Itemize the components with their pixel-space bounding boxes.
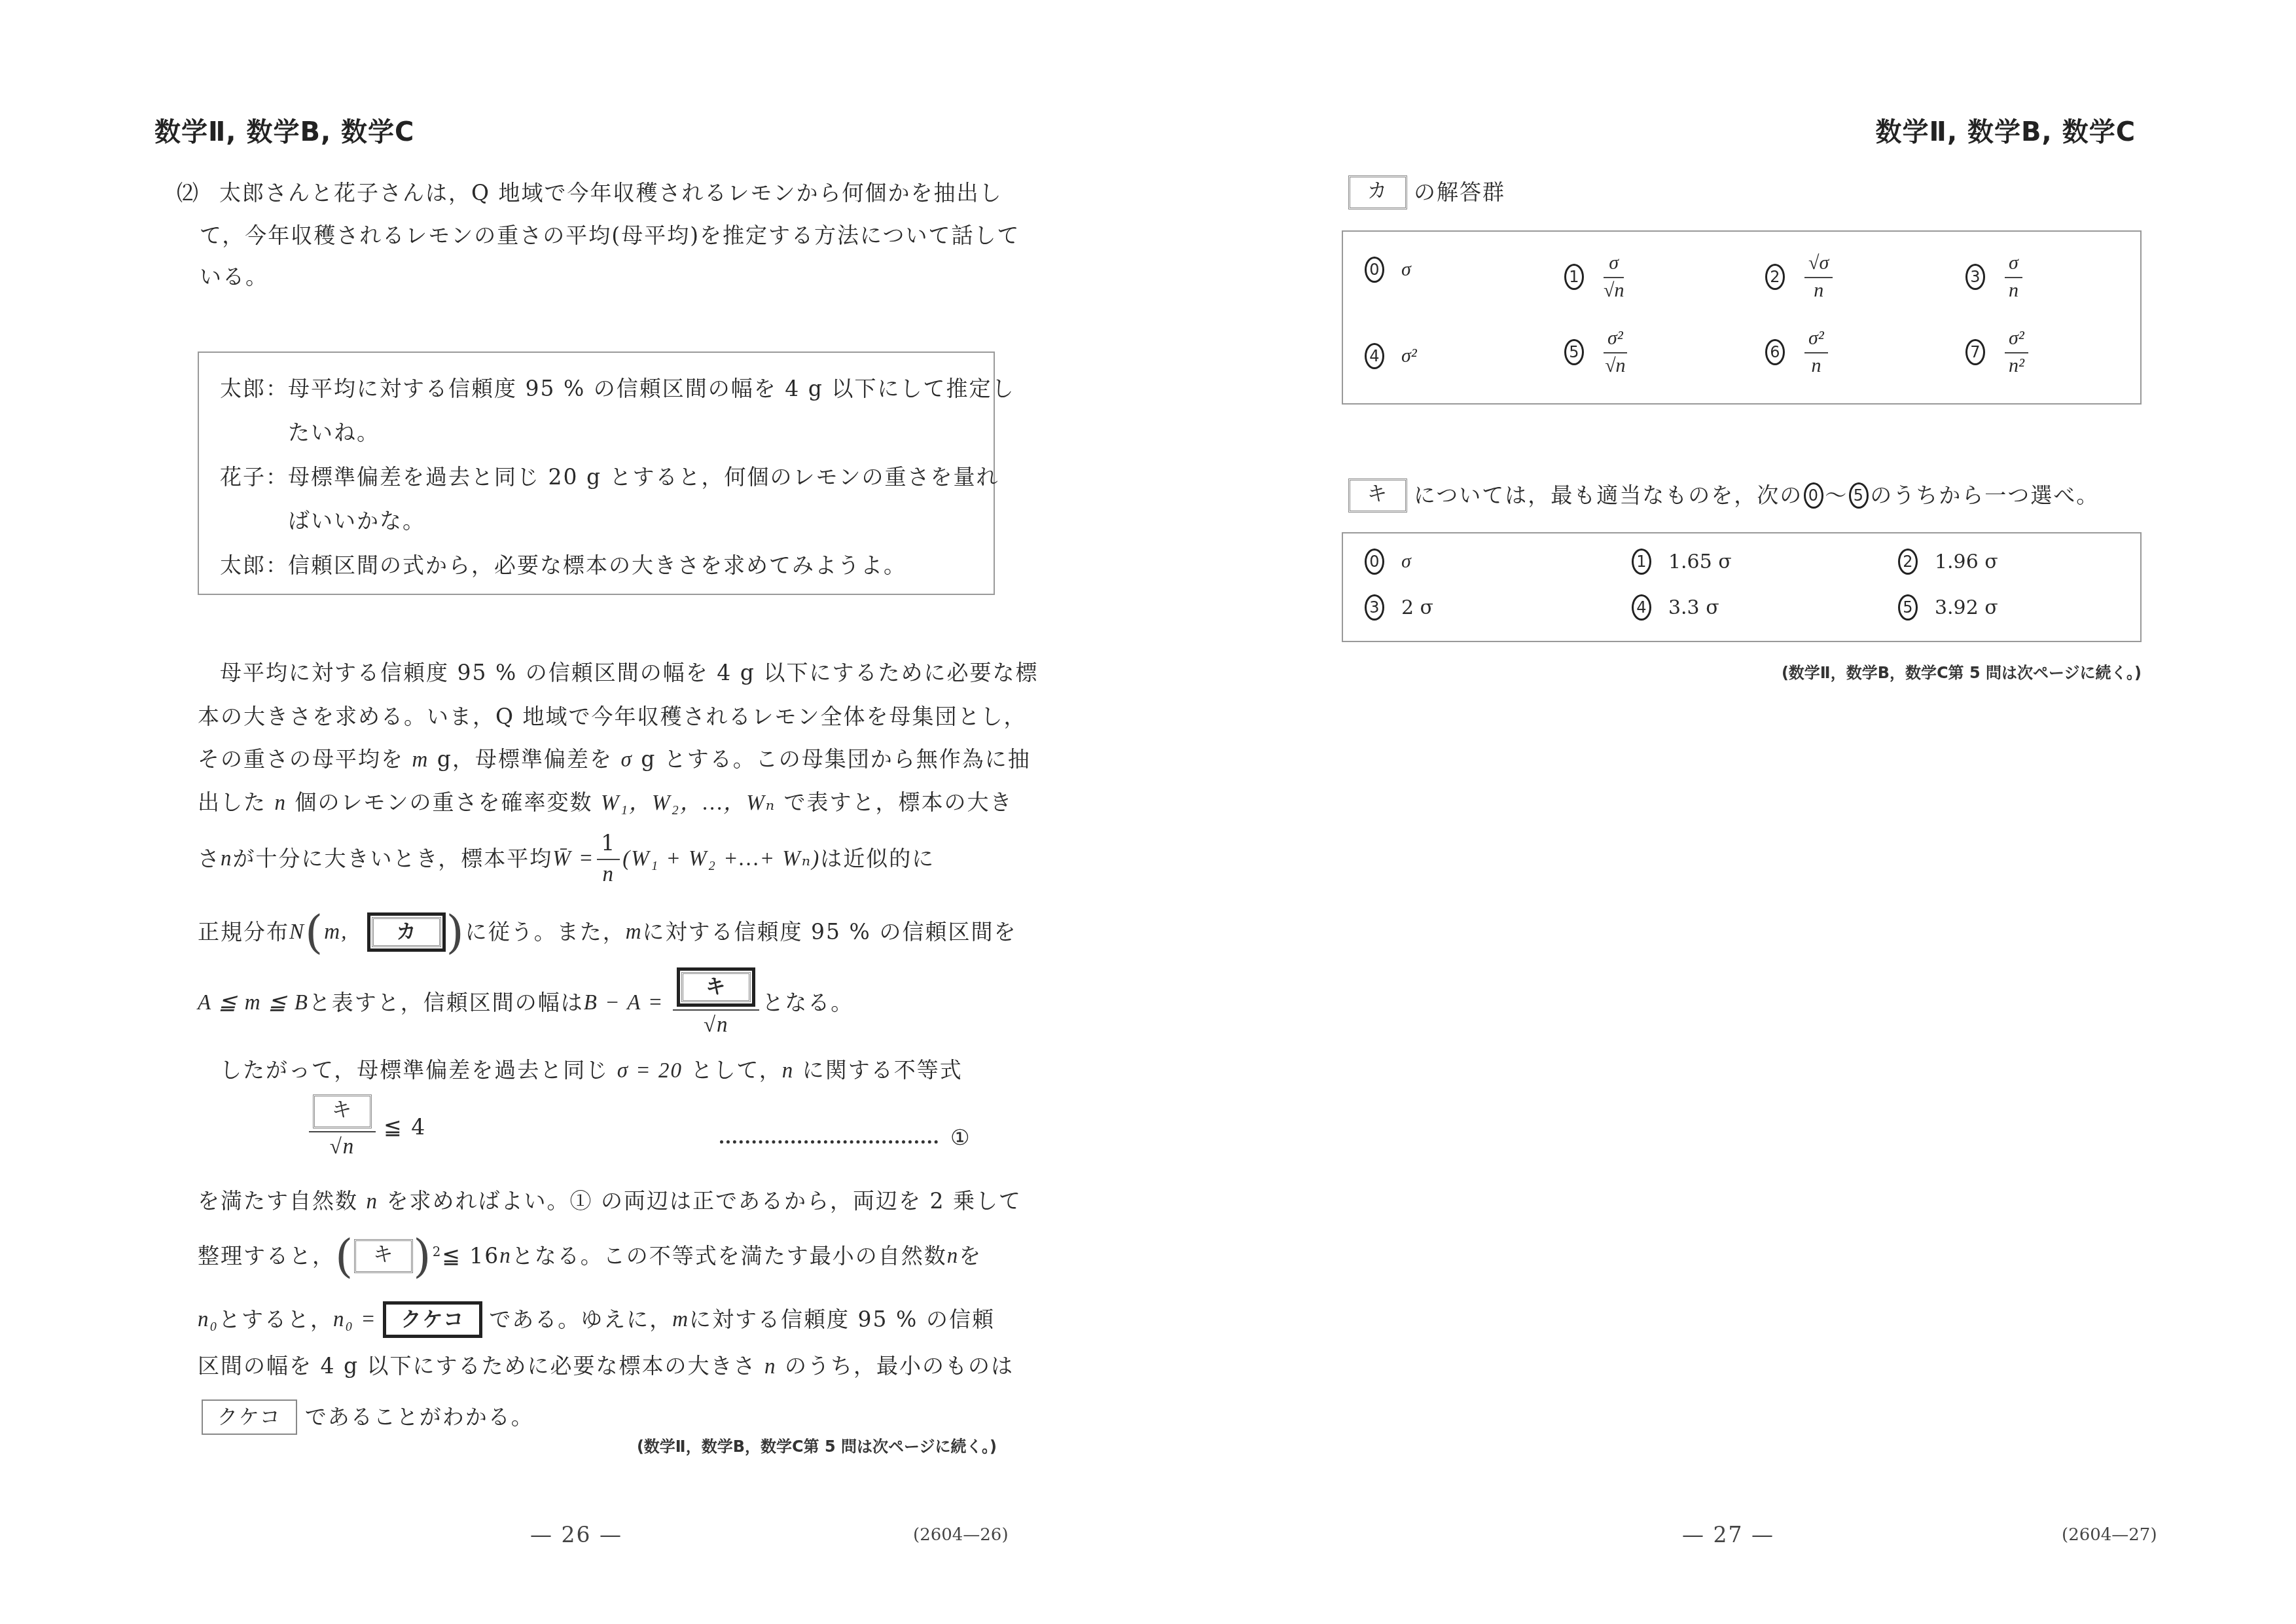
ka-option-1[interactable]: 1 σ√n [1564, 252, 1626, 302]
page-code: (2604—27) [2062, 1525, 2157, 1545]
sample-mean-symbol: W̄ = [552, 846, 594, 872]
page-number: — 27 — [1682, 1522, 1774, 1548]
ki-option-1[interactable]: 11.65 σ [1632, 549, 1732, 575]
page-code: (2604—26) [913, 1525, 1009, 1545]
body-line: 母平均に対する信頼度 95 % の信頼区間の幅を 4 g 以下にするために必要な… [220, 660, 1038, 686]
answer-box-ka-label: カ [1348, 175, 1407, 209]
continue-note: (数学Ⅱ，数学B，数学C第 5 問は次ページに続く。) [1782, 660, 2142, 683]
body-line-n0: n₀ とすると，n₀ = クケコ である。ゆえに，m に対する信頼度 95 % … [198, 1301, 995, 1338]
dialog-line: 母平均に対する信頼度 95 % の信頼区間の幅を 4 g 以下にして推定し [288, 376, 1014, 402]
ki-options-box [1342, 532, 2142, 642]
answer-box-ka[interactable]: カ [367, 912, 446, 952]
ka-option-4[interactable]: 4σ² [1365, 343, 1417, 369]
ka-option-6[interactable]: 6 σ²n [1765, 327, 1831, 377]
dialog-speaker-taro-2: 太郎： [220, 552, 289, 579]
dialog-speaker-hanako: 花子： [220, 464, 289, 490]
page-number: — 26 — [530, 1522, 622, 1548]
dialog-line: 信頼区間の式から，必要な標本の大きさを求めてみようよ。 [288, 552, 906, 579]
intro-line-3: いる。 [200, 264, 268, 290]
left-page-header: 数学Ⅱ, 数学B, 数学C [154, 111, 414, 149]
equation-label-1: ① [950, 1125, 971, 1151]
dialog-speaker-taro-1: 太郎： [220, 376, 289, 402]
dotted-leader [720, 1135, 938, 1147]
body-line: 出した n 個のレモンの重さを確率変数 W₁，W₂，…，Wₙ で表すと，標本の大… [198, 789, 1013, 816]
fraction-ki-over-sqrt-n: キ √n [309, 1094, 376, 1160]
ka-option-2[interactable]: 2 √σn [1765, 252, 1835, 302]
dialog-line: たいね。 [288, 420, 380, 446]
body-line-squared: 整理すると，( キ )2 ≦ 16 n となる。この不等式を満たす最小の自然数 … [198, 1239, 982, 1273]
answer-box-ki-ref: キ [354, 1239, 413, 1273]
body-line: したがって，母標準偏差を過去と同じ σ = 20 として，n に関する不等式 [220, 1057, 963, 1084]
question-number: ⑵ [177, 180, 200, 206]
answer-box-ki[interactable]: キ [677, 967, 755, 1007]
dialog-line: ばいいかな。 [288, 508, 425, 534]
answer-box-kukeko-ref: クケコ [202, 1399, 297, 1435]
ka-option-0[interactable]: 0σ [1365, 257, 1411, 283]
body-line-normal-dist: 正規分布 N(m, カ )に従う。また，m に対する信頼度 95 % の信頼区間… [198, 912, 1016, 952]
continue-note: (数学Ⅱ，数学B，数学C第 5 問は次ページに続く。) [637, 1434, 997, 1456]
inequality-1: キ √n ≦ 4 [306, 1094, 426, 1160]
body-line-sample-mean: さ n が十分に大きいとき，標本平均 W̄ = 1n (W₁ + W₂ +…+ … [198, 830, 935, 888]
intro-line-2: て，今年収穫されるレモンの重さの平均(母平均)を推定する方法について話して [200, 223, 1020, 249]
fraction-one-over-n: 1n [597, 830, 620, 888]
ki-option-3[interactable]: 32 σ [1365, 594, 1433, 621]
body-line: を満たす自然数 n を求めればよい。① の両辺は正であるから，両辺を 2 乗して [198, 1188, 1022, 1215]
ki-option-5[interactable]: 53.92 σ [1898, 594, 1998, 621]
ka-option-5[interactable]: 5 σ²√n [1564, 327, 1630, 377]
answer-box-ki-label: キ [1348, 478, 1407, 513]
answer-box-kukeko[interactable]: クケコ [383, 1301, 482, 1338]
answer-box-ki-ref: キ [313, 1094, 372, 1128]
ki-option-2[interactable]: 21.96 σ [1898, 549, 1998, 575]
body-line-final: クケコ であることがわかる。 [202, 1399, 534, 1435]
body-line-width: A ≦ m ≦ B と表すと，信頼区間の幅は B − A = キ √n となる。 [198, 967, 853, 1038]
ki-option-4[interactable]: 43.3 σ [1632, 594, 1719, 621]
dialog-line: 母標準偏差を過去と同じ 20 g とすると，何個のレモンの重さを量れ [288, 464, 999, 490]
fraction-ki-over-sqrt-n: キ √n [673, 967, 759, 1038]
intro-line-1: 太郎さんと花子さんは，Q 地域で今年収穫されるレモンから何個かを抽出し [219, 180, 1003, 206]
ka-option-3[interactable]: 3 σn [1965, 252, 2025, 302]
body-line: 本の大きさを求める。いま，Q 地域で今年収穫されるレモン全体を母集団とし， [198, 704, 1027, 730]
ka-group-title: カ の解答群 [1348, 175, 1505, 209]
ki-instruction: キ については，最も適当なものを，次の 0 ～ 5 のうちから一つ選べ。 [1348, 478, 2099, 513]
ka-option-7[interactable]: 7 σ²n² [1965, 327, 2031, 377]
right-page-header: 数学Ⅱ, 数学B, 数学C [1876, 111, 2136, 149]
ki-option-0[interactable]: 0σ [1365, 549, 1411, 575]
body-line: その重さの母平均を m g，母標準偏差を σ g とする。この母集団から無作為に… [198, 746, 1031, 773]
body-line: 区間の幅を 4 g 以下にするために必要な標本の大きさ n のうち，最小のものは [198, 1353, 1014, 1380]
